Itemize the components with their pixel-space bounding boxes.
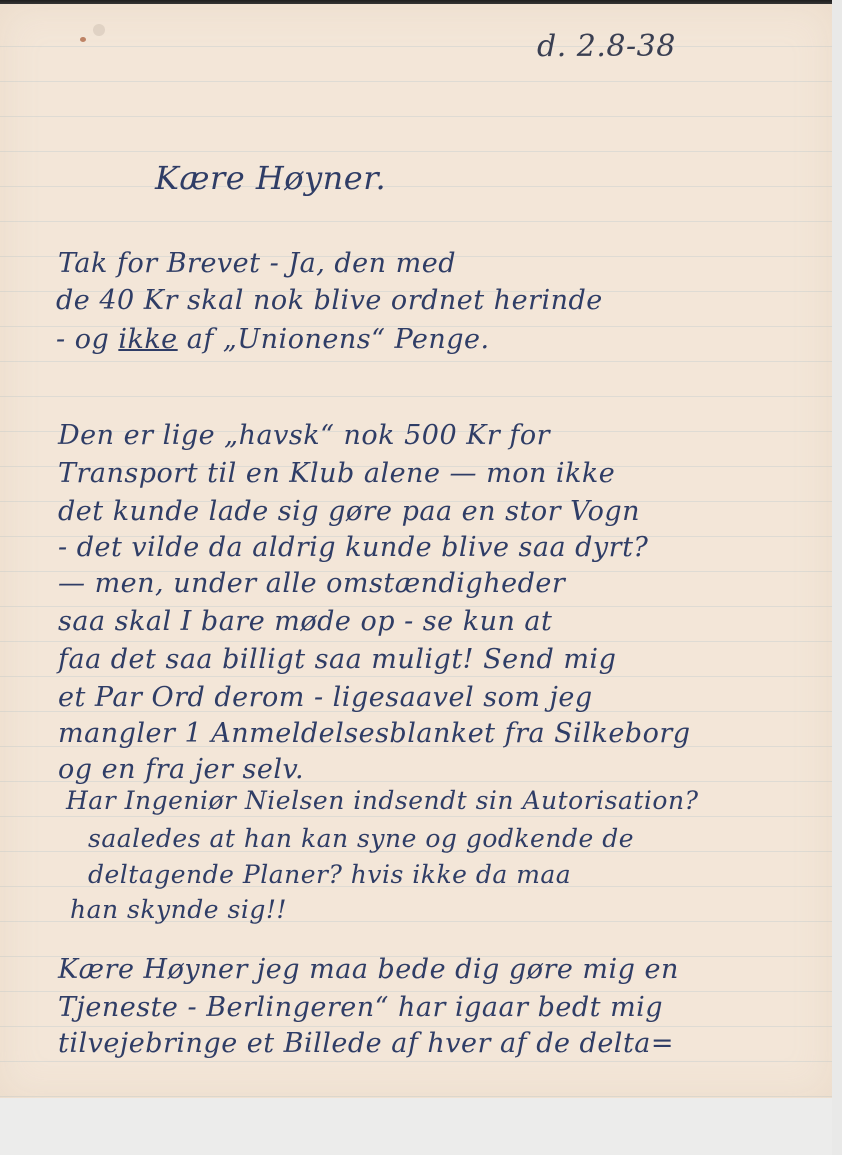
paragraph-2-line-4: - det vilde da aldrig kunde blive saa dy…	[58, 534, 648, 561]
emphasis-ikke: ikke	[118, 324, 177, 355]
paragraph-3-line-3: deltagende Planer? hvis ikke da maa	[88, 862, 571, 887]
paragraph-2-line-8: et Par Ord derom - ligesaavel som jeg	[58, 684, 593, 711]
line-text: af „Unionens“ Penge.	[178, 324, 490, 355]
salutation: Kære Høyner.	[155, 162, 386, 194]
scanner-edge-right	[832, 0, 842, 1155]
paragraph-2-line-6: saa skal I bare møde op - se kun at	[58, 608, 552, 635]
paragraph-3-line-2: saaledes at han kan syne og godkende de	[88, 826, 634, 851]
paragraph-2-line-7: faa det saa billigt saa muligt! Send mig	[58, 646, 616, 673]
paragraph-4-line-2: Tjeneste - Berlingeren“ har igaar bedt m…	[58, 994, 663, 1021]
paragraph-2-line-3: det kunde lade sig gøre paa en stor Vogn	[58, 498, 640, 525]
line-text: - og	[56, 324, 118, 355]
paragraph-2-line-10: og en fra jer selv.	[58, 756, 304, 783]
letter-page: d. 2.8-38 Kære Høyner. Tak for Brevet - …	[0, 4, 832, 1098]
paragraph-2-line-5: — men, under alle omstændigheder	[58, 570, 565, 597]
paragraph-1-line-2: de 40 Kr skal nok blive ordnet herinde	[56, 287, 603, 314]
ink-spot	[80, 37, 86, 42]
paragraph-4-line-3: tilvejebringe et Billede af hver af de d…	[58, 1030, 674, 1057]
paragraph-4-line-1: Kære Høyner jeg maa bede dig gøre mig en	[58, 956, 679, 983]
paragraph-3-line-1: Har Ingeniør Nielsen indsendt sin Autori…	[66, 788, 698, 813]
paragraph-3-line-4: han skynde sig!!	[70, 897, 287, 922]
letter-date: d. 2.8-38	[537, 32, 676, 62]
paragraph-1-line-3: - og ikke af „Unionens“ Penge.	[56, 326, 490, 353]
paragraph-2-line-2: Transport til en Klub alene — mon ikke	[58, 460, 615, 487]
paper-stain	[93, 24, 105, 36]
paragraph-2-line-9: mangler 1 Anmeldelsesblanket fra Silkebo…	[58, 720, 691, 747]
paragraph-1-line-1: Tak for Brevet - Ja, den med	[58, 250, 456, 277]
paragraph-2-line-1: Den er lige „havsk“ nok 500 Kr for	[58, 422, 550, 449]
